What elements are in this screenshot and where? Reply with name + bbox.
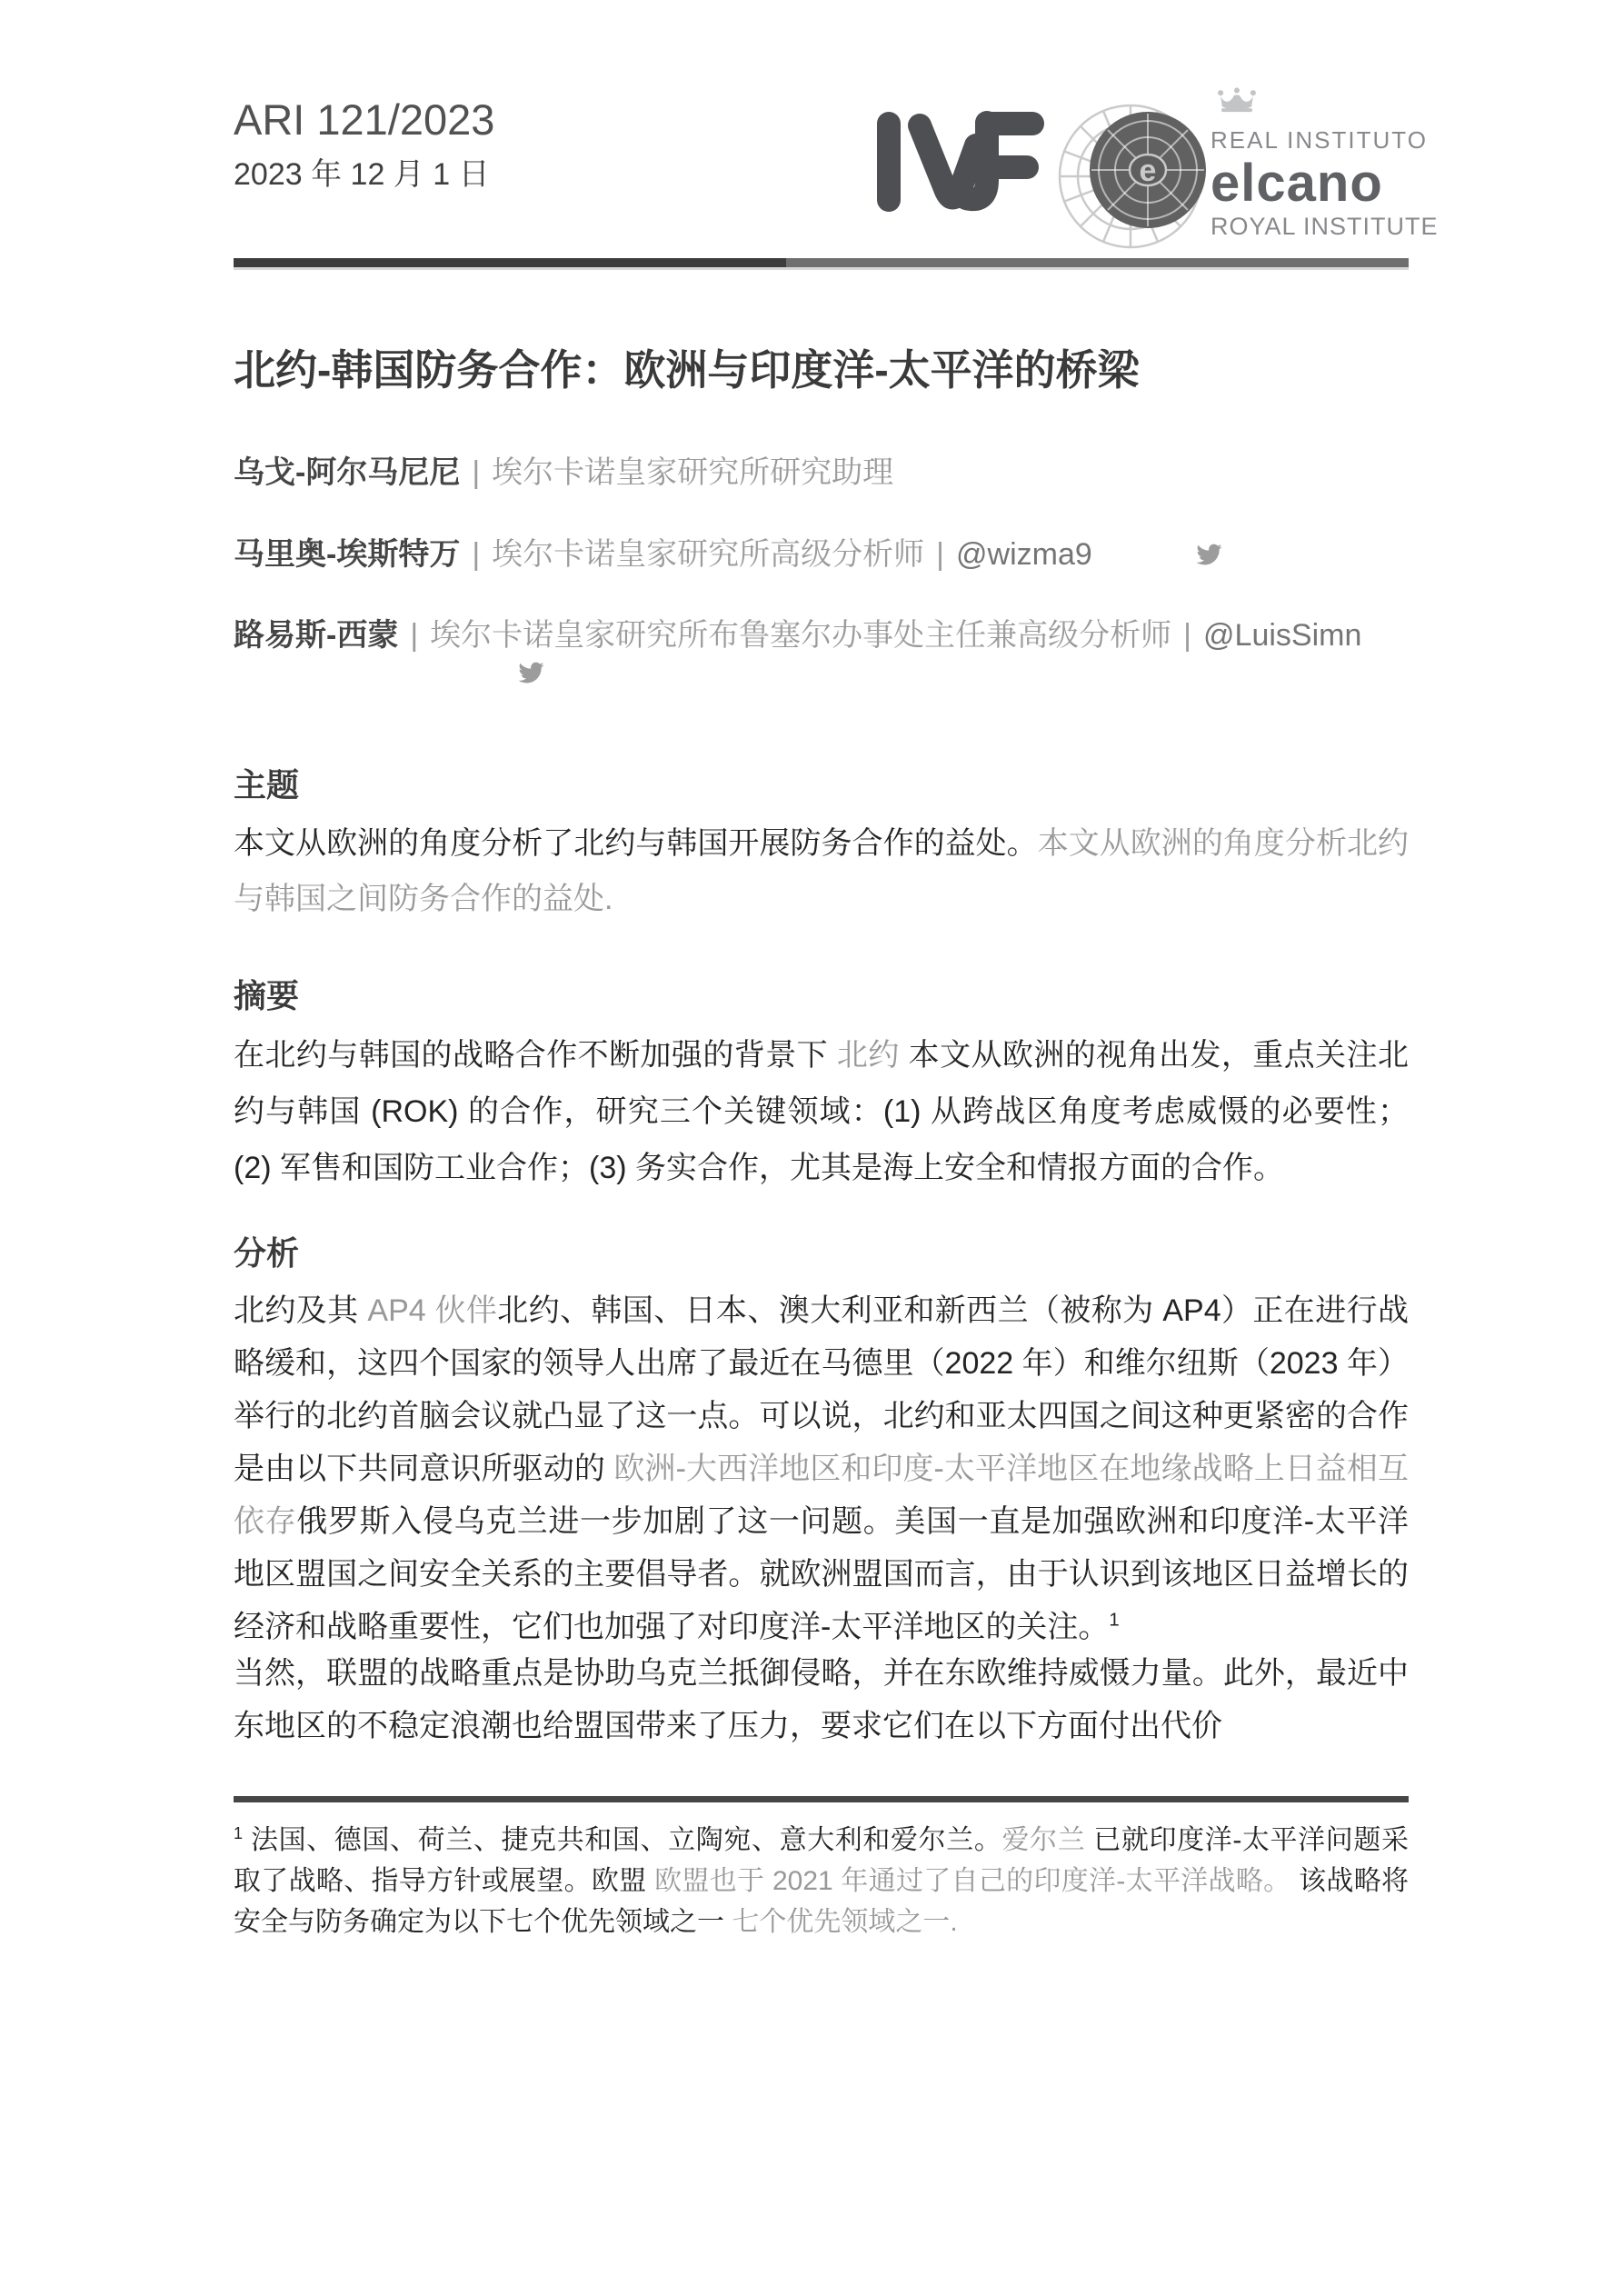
author-row: 马里奥-埃斯特万|埃尔卡诺皇家研究所高级分析师|@wizma9 bbox=[234, 534, 1224, 574]
divider-light-segment bbox=[786, 258, 1409, 267]
elcano-brand-block: REAL INSTITUTO elcano ROYAL INSTITUTE bbox=[1211, 86, 1424, 241]
footnote-text: 1 法国、德国、荷兰、捷克共和国、立陶宛、意大利和爱尔兰。爱尔兰 已就印度洋-太… bbox=[234, 1820, 1409, 1942]
globe-letter-e: e bbox=[1140, 154, 1157, 188]
document-page: ARI 121/2023 2023 年 12 月 1 日 bbox=[0, 0, 1624, 2296]
twitter-icon[interactable] bbox=[516, 660, 546, 685]
section-heading-topic: 主题 bbox=[234, 765, 299, 805]
author-affiliation: 埃尔卡诺皇家研究所研究助理 bbox=[492, 455, 893, 490]
elcano-globe-icon: e bbox=[1056, 84, 1225, 263]
topic-paragraph: 本文从欧洲的角度分析了北约与韩国开展防务合作的益处。本文从欧洲的角度分析北约与韩… bbox=[234, 816, 1409, 927]
author-name: 路易斯-西蒙 bbox=[234, 618, 398, 653]
header-divider bbox=[234, 258, 1409, 270]
author-separator: | bbox=[410, 618, 418, 653]
twitter-handle: @wizma9 bbox=[956, 537, 1092, 572]
publication-date: 2023 年 12 月 1 日 bbox=[234, 156, 490, 193]
divider-dark-segment bbox=[234, 258, 786, 267]
author-affiliation: 埃尔卡诺皇家研究所高级分析师 bbox=[492, 537, 924, 572]
twitter-handle: @LuisSimn bbox=[1203, 618, 1361, 653]
analysis-paragraph-2: 当然，联盟的战略重点是协助乌克兰抵御侵略，并在东欧维持威慑力量。此外，最近中东地… bbox=[234, 1647, 1409, 1752]
handle-separator: | bbox=[1183, 618, 1191, 653]
section-heading-analysis: 分析 bbox=[234, 1233, 299, 1273]
author-separator: | bbox=[472, 537, 480, 572]
real-instituto-label: REAL INSTITUTO bbox=[1211, 126, 1424, 155]
author-separator: | bbox=[472, 455, 480, 490]
author-name: 马里奥-埃斯特万 bbox=[234, 537, 460, 572]
section-heading-summary: 摘要 bbox=[234, 976, 299, 1016]
author-row: 路易斯-西蒙|埃尔卡诺皇家研究所布鲁塞尔办事处主任兼高级分析师|@LuisSim… bbox=[234, 615, 1361, 655]
royal-institute-label: ROYAL INSTITUTE bbox=[1211, 213, 1424, 241]
divider-underline bbox=[234, 267, 1409, 270]
elcano-wordmark: elcano bbox=[1211, 156, 1424, 210]
author-name: 乌戈-阿尔马尼尼 bbox=[234, 455, 460, 490]
crown-icon bbox=[1212, 86, 1261, 117]
twitter-icon[interactable] bbox=[1194, 542, 1224, 567]
summary-paragraph: 在北约与韩国的战略合作不断加强的背景下 北约 本文从欧洲的视角出发，重点关注北约… bbox=[234, 1027, 1409, 1196]
author-affiliation: 埃尔卡诺皇家研究所布鲁塞尔办事处主任兼高级分析师 bbox=[430, 618, 1171, 653]
kf-logo-icon bbox=[874, 111, 1047, 217]
author-row: 乌戈-阿尔马尼尼|埃尔卡诺皇家研究所研究助理 bbox=[234, 453, 893, 493]
handle-separator: | bbox=[936, 537, 944, 572]
analysis-paragraph-1: 北约及其 AP4 伙伴北约、韩国、日本、澳大利亚和新西兰（被称为 AP4）正在进… bbox=[234, 1284, 1409, 1653]
ari-number: ARI 121/2023 bbox=[234, 96, 494, 144]
footnote-divider bbox=[234, 1796, 1409, 1802]
page-title: 北约-韩国防务合作：欧洲与印度洋-太平洋的桥梁 bbox=[234, 344, 1409, 396]
